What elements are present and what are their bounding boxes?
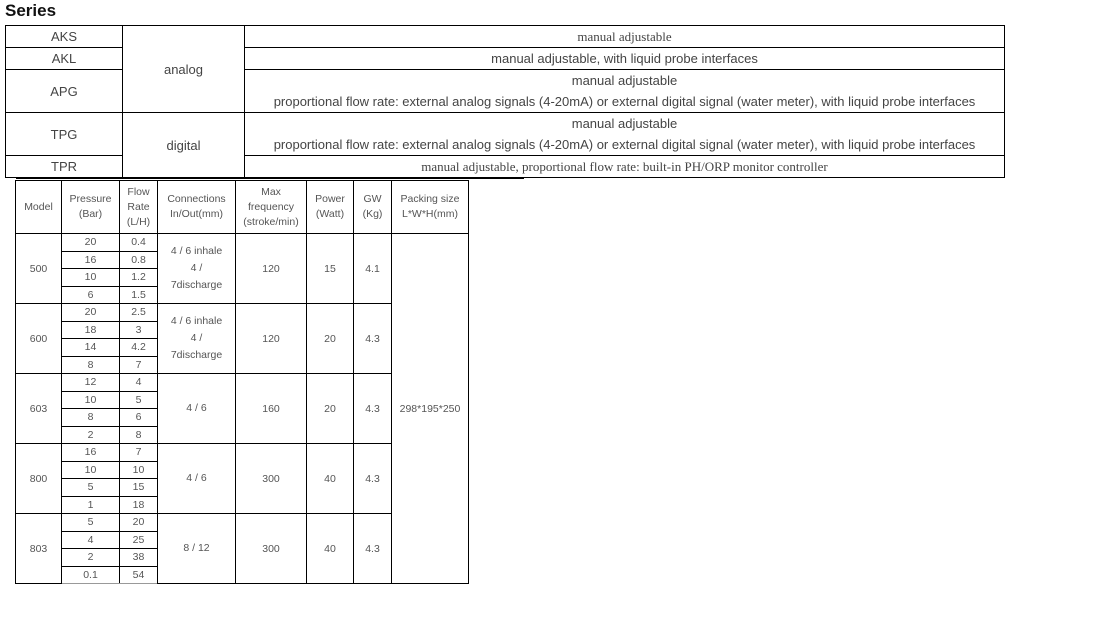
description-line: proportional flow rate: external analog … xyxy=(245,134,1004,155)
model-cell: 603 xyxy=(16,374,62,444)
connections-cell: 8 / 12 xyxy=(158,514,236,584)
flow-cell: 15 xyxy=(120,479,158,497)
power-cell: 15 xyxy=(307,234,354,304)
series-model: AKL xyxy=(6,48,123,70)
gw-cell: 4.3 xyxy=(354,304,392,374)
pressure-cell: 10 xyxy=(62,391,120,409)
model-cell: 500 xyxy=(16,234,62,304)
series-description: manual adjustable xyxy=(245,26,1005,48)
header-connections: ConnectionsIn/Out(mm) xyxy=(158,181,236,234)
flow-cell: 20 xyxy=(120,514,158,532)
description-line: manual adjustable, proportional flow rat… xyxy=(245,156,1004,177)
description-line: manual adjustable xyxy=(245,113,1004,134)
power-cell: 20 xyxy=(307,374,354,444)
pressure-cell: 16 xyxy=(62,444,120,462)
flow-cell: 6 xyxy=(120,409,158,427)
flow-cell: 8 xyxy=(120,426,158,444)
series-description: manual adjustable proportional flow rate… xyxy=(245,70,1005,113)
pressure-cell: 1 xyxy=(62,496,120,514)
power-cell: 40 xyxy=(307,514,354,584)
flow-cell: 1.5 xyxy=(120,286,158,304)
pressure-cell: 5 xyxy=(62,479,120,497)
flow-cell: 4 xyxy=(120,374,158,392)
divider xyxy=(16,177,524,179)
section-title: Series xyxy=(5,1,56,21)
pressure-cell: 14 xyxy=(62,339,120,357)
series-model: TPG xyxy=(6,113,123,156)
flow-cell: 0.4 xyxy=(120,234,158,252)
flow-cell: 4.2 xyxy=(120,339,158,357)
flow-cell: 38 xyxy=(120,549,158,567)
pressure-cell: 6 xyxy=(62,286,120,304)
frequency-cell: 160 xyxy=(236,374,307,444)
header-model: Model xyxy=(16,181,62,234)
flow-cell: 54 xyxy=(120,566,158,584)
header-pressure: Pressure(Bar) xyxy=(62,181,120,234)
table-row: TPG digital manual adjustable proportion… xyxy=(6,113,1005,156)
frequency-cell: 120 xyxy=(236,304,307,374)
pressure-cell: 5 xyxy=(62,514,120,532)
pressure-cell: 2 xyxy=(62,426,120,444)
frequency-cell: 300 xyxy=(236,514,307,584)
model-cell: 803 xyxy=(16,514,62,584)
connections-cell: 4 / 6 xyxy=(158,444,236,514)
pressure-cell: 20 xyxy=(62,234,120,252)
header-flow: FlowRate(L/H) xyxy=(120,181,158,234)
frequency-cell: 120 xyxy=(236,234,307,304)
flow-cell: 3 xyxy=(120,321,158,339)
pressure-cell: 8 xyxy=(62,356,120,374)
connections-cell: 4 / 6 inhale4 /7discharge xyxy=(158,304,236,374)
series-table: AKS analog manual adjustable AKL manual … xyxy=(5,25,1005,178)
series-model: AKS xyxy=(6,26,123,48)
pressure-cell: 10 xyxy=(62,269,120,287)
connections-cell: 4 / 6 inhale4 /7discharge xyxy=(158,234,236,304)
series-type: analog xyxy=(123,26,245,113)
flow-cell: 18 xyxy=(120,496,158,514)
table-row: 500200.44 / 6 inhale4 /7discharge120154.… xyxy=(16,234,469,252)
connections-cell: 4 / 6 xyxy=(158,374,236,444)
header-row: Model Pressure(Bar) FlowRate(L/H) Connec… xyxy=(16,181,469,234)
pressure-cell: 18 xyxy=(62,321,120,339)
series-model: TPR xyxy=(6,156,123,178)
spec-table: Model Pressure(Bar) FlowRate(L/H) Connec… xyxy=(15,180,469,584)
header-packing: Packing sizeL*W*H(mm) xyxy=(392,181,469,234)
gw-cell: 4.1 xyxy=(354,234,392,304)
gw-cell: 4.3 xyxy=(354,444,392,514)
pressure-cell: 12 xyxy=(62,374,120,392)
description-line: manual adjustable xyxy=(245,26,1004,47)
table-row: AKS analog manual adjustable xyxy=(6,26,1005,48)
header-gw: GW(Kg) xyxy=(354,181,392,234)
pressure-cell: 16 xyxy=(62,251,120,269)
frequency-cell: 300 xyxy=(236,444,307,514)
model-cell: 800 xyxy=(16,444,62,514)
gw-cell: 4.3 xyxy=(354,514,392,584)
pressure-cell: 8 xyxy=(62,409,120,427)
pressure-cell: 10 xyxy=(62,461,120,479)
flow-cell: 10 xyxy=(120,461,158,479)
flow-cell: 7 xyxy=(120,356,158,374)
power-cell: 40 xyxy=(307,444,354,514)
packing-size-cell: 298*195*250 xyxy=(392,234,469,584)
flow-cell: 5 xyxy=(120,391,158,409)
flow-cell: 2.5 xyxy=(120,304,158,322)
series-description: manual adjustable, with liquid probe int… xyxy=(245,48,1005,70)
gw-cell: 4.3 xyxy=(354,374,392,444)
flow-cell: 7 xyxy=(120,444,158,462)
model-cell: 600 xyxy=(16,304,62,374)
description-line: proportional flow rate: external analog … xyxy=(245,91,1004,112)
power-cell: 20 xyxy=(307,304,354,374)
series-description: manual adjustable, proportional flow rat… xyxy=(245,156,1005,178)
series-model: APG xyxy=(6,70,123,113)
pressure-cell: 0.1 xyxy=(62,566,120,584)
description-line: manual adjustable, with liquid probe int… xyxy=(245,48,1004,69)
flow-cell: 25 xyxy=(120,531,158,549)
series-type: digital xyxy=(123,113,245,178)
header-frequency: Maxfrequency(stroke/min) xyxy=(236,181,307,234)
flow-cell: 0.8 xyxy=(120,251,158,269)
header-power: Power(Watt) xyxy=(307,181,354,234)
flow-cell: 1.2 xyxy=(120,269,158,287)
pressure-cell: 20 xyxy=(62,304,120,322)
pressure-cell: 2 xyxy=(62,549,120,567)
description-line: manual adjustable xyxy=(245,70,1004,91)
pressure-cell: 4 xyxy=(62,531,120,549)
series-description: manual adjustable proportional flow rate… xyxy=(245,113,1005,156)
